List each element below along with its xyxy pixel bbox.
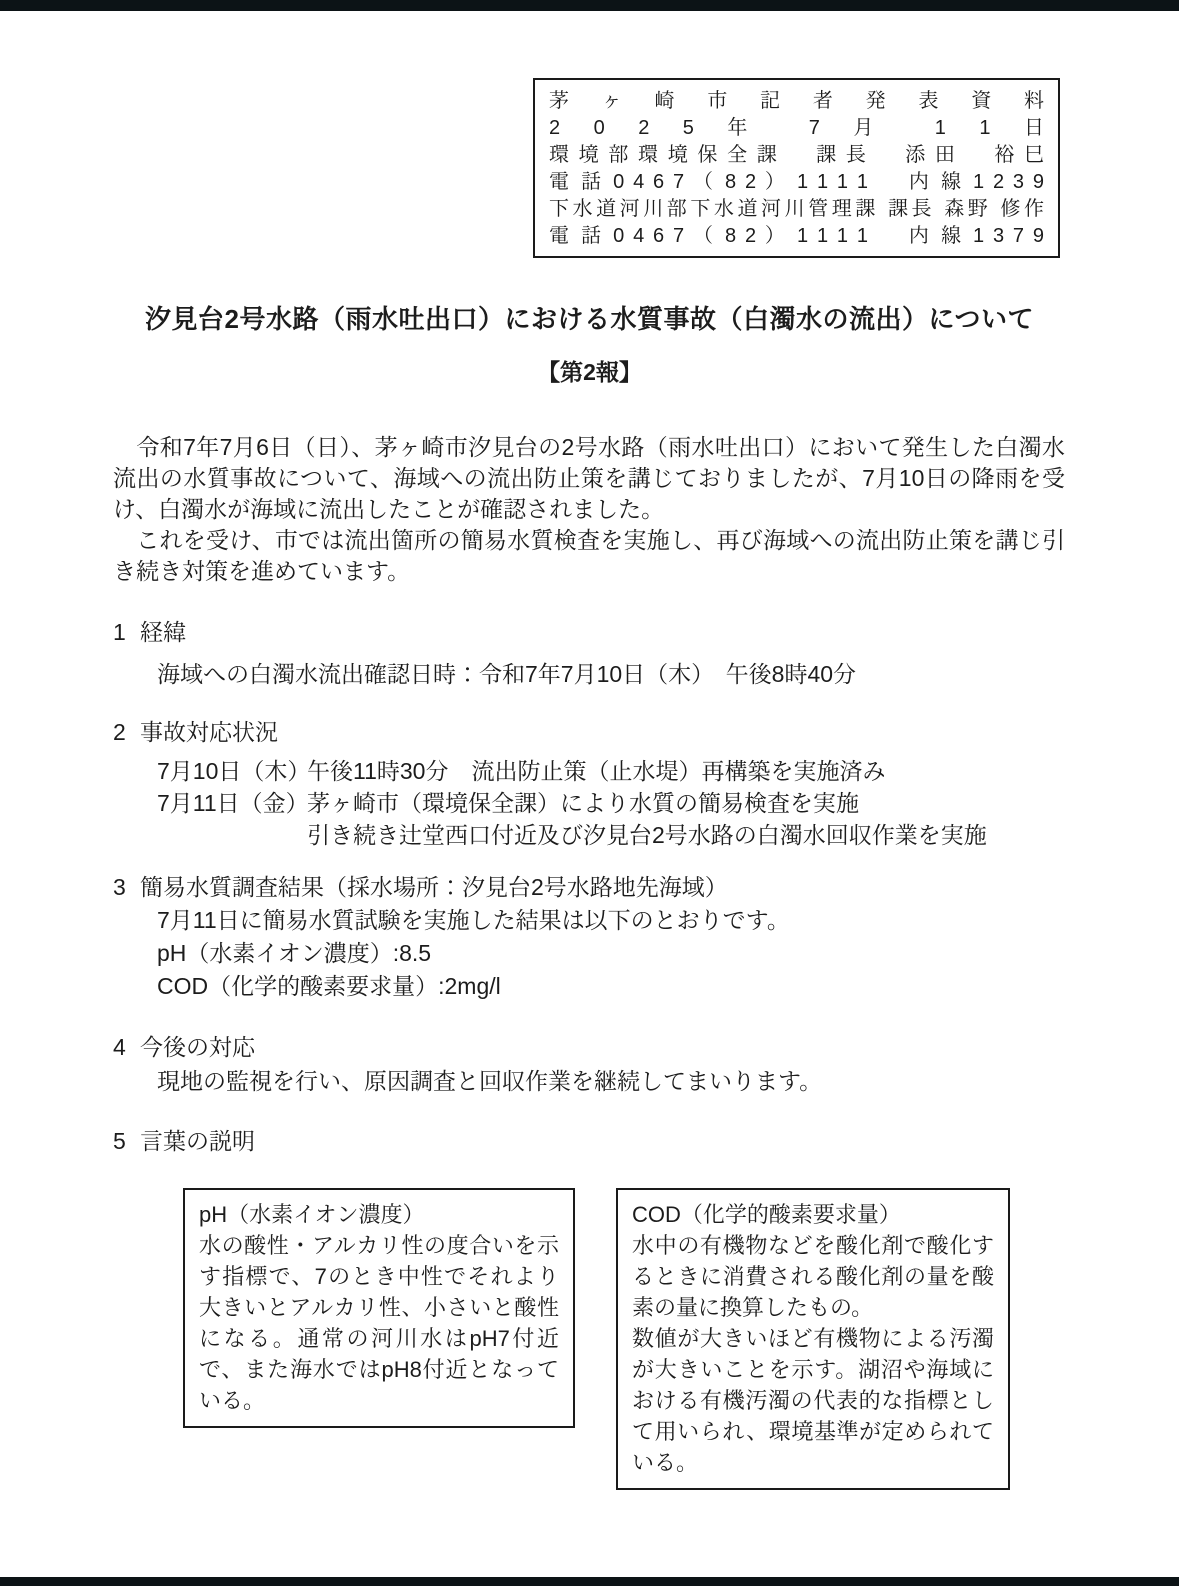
cod-definition-body-1: 水中の有機物などを酸化剤で酸化するときに消費される酸化剤の量を酸素の量に換算した…: [632, 1230, 994, 1323]
header-phone2-line: 電 話 0 4 6 7 （ 8 2 ） 1 1 1 1 内 線 1 3 7 9: [549, 223, 1044, 250]
header-date-line: 2 0 2 5 年 7 月 1 1 日: [549, 115, 1044, 142]
timeline-date: 7月11日（金）: [157, 787, 307, 819]
section-heading: 5 言葉の説明: [113, 1126, 1065, 1157]
section-keii: 1 経緯 海域への白濁水流出確認日時：令和7年7月10日（木） 午後8時40分: [113, 617, 1065, 690]
section-heading: 3 簡易水質調査結果（採水場所：汐見台2号水路地先海域）: [113, 872, 1065, 903]
section-number: 5: [113, 1126, 140, 1157]
section-title: 経緯: [140, 617, 186, 648]
ph-definition-title: pH（水素イオン濃度）: [199, 1199, 559, 1230]
cod-result-line: COD（化学的酸素要求量）:2mg/l: [157, 970, 1065, 1003]
section-title: 言葉の説明: [140, 1126, 255, 1157]
intro-paragraph-2: これを受け、市では流出箇所の簡易水質検査を実施し、再び海域への流出防止策を講じ引…: [113, 525, 1065, 587]
section-heading: 1 経緯: [113, 617, 1065, 648]
letterbox-bottom-bar: [0, 1577, 1179, 1586]
header-org-line: 茅 ヶ 崎 市 記 者 発 表 資 料: [549, 88, 1044, 115]
timeline-row: 7月10日（木） 午後11時30分 流出防止策（止水堤）再構築を実施済み: [157, 755, 1065, 787]
section-number: 3: [113, 872, 140, 903]
result-intro-line: 7月11日に簡易水質試験を実施した結果は以下のとおりです。: [157, 904, 1065, 937]
intro-paragraphs: 令和7年7月6日（日）、茅ヶ崎市汐見台の2号水路（雨水吐出口）において発生した白…: [113, 432, 1065, 587]
timeline-text: 茅ヶ崎市（環境保全課）により水質の簡易検査を実施: [307, 787, 1065, 819]
section-suishitsu-kekka: 3 簡易水質調査結果（採水場所：汐見台2号水路地先海域） 7月11日に簡易水質試…: [113, 872, 1065, 1003]
test-results: 7月11日に簡易水質試験を実施した結果は以下のとおりです。 pH（水素イオン濃度…: [113, 904, 1065, 1003]
section-kotoba-setsumei: 5 言葉の説明: [113, 1126, 1065, 1157]
cod-definition-box: COD（化学的酸素要求量） 水中の有機物などを酸化剤で酸化するときに消費される酸…: [616, 1188, 1010, 1490]
response-timeline: 7月10日（木） 午後11時30分 流出防止策（止水堤）再構築を実施済み 7月1…: [113, 755, 1065, 851]
section-number: 4: [113, 1032, 140, 1063]
section-number: 1: [113, 617, 140, 648]
document-page: 茅 ヶ 崎 市 記 者 発 表 資 料 2 0 2 5 年 7 月 1 1 日 …: [0, 0, 1179, 1586]
section-body: 現地の監視を行い、原因調査と回収作業を継続してまいります。: [113, 1066, 1065, 1097]
letterbox-top-bar: [0, 0, 1179, 11]
section-number: 2: [113, 717, 140, 748]
section-heading: 4 今後の対応: [113, 1032, 1065, 1063]
report-number: 【第2報】: [0, 357, 1179, 387]
timeline-date: 7月10日（木）: [157, 755, 307, 787]
press-release-header-box: 茅 ヶ 崎 市 記 者 発 表 資 料 2 0 2 5 年 7 月 1 1 日 …: [533, 78, 1060, 258]
intro-paragraph-1: 令和7年7月6日（日）、茅ヶ崎市汐見台の2号水路（雨水吐出口）において発生した白…: [113, 432, 1065, 525]
timeline-text: 午後11時30分 流出防止策（止水堤）再構築を実施済み: [307, 755, 1065, 787]
document-title: 汐見台2号水路（雨水吐出口）における水質事故（白濁水の流出）について: [0, 302, 1179, 336]
cod-definition-title: COD（化学的酸素要求量）: [632, 1199, 994, 1230]
ph-definition-box: pH（水素イオン濃度） 水の酸性・アルカリ性の度合いを示す指標で、7のとき中性で…: [183, 1188, 575, 1428]
timeline-text: 引き続き辻堂西口付近及び汐見台2号水路の白濁水回収作業を実施: [307, 819, 1065, 851]
section-jiko-taio: 2 事故対応状況 7月10日（木） 午後11時30分 流出防止策（止水堤）再構築…: [113, 717, 1065, 851]
header-contact2-line: 下水道河川部下水道河川管理課 課長 森野 修作: [549, 196, 1044, 223]
section-title: 今後の対応: [140, 1032, 255, 1063]
section-heading: 2 事故対応状況: [113, 717, 1065, 748]
cod-definition-body-2: 数値が大きいほど有機物による汚濁が大きいことを示す。湖沼や海域における有機汚濁の…: [632, 1323, 994, 1478]
timeline-row: 引き続き辻堂西口付近及び汐見台2号水路の白濁水回収作業を実施: [157, 819, 1065, 851]
timeline-row: 7月11日（金） 茅ヶ崎市（環境保全課）により水質の簡易検査を実施: [157, 787, 1065, 819]
timeline-date: [157, 819, 307, 851]
section-kongo-taio: 4 今後の対応 現地の監視を行い、原因調査と回収作業を継続してまいります。: [113, 1032, 1065, 1097]
section-body: 海域への白濁水流出確認日時：令和7年7月10日（木） 午後8時40分: [113, 659, 1065, 690]
header-phone1-line: 電 話 0 4 6 7 （ 8 2 ） 1 1 1 1 内 線 1 2 3 9: [549, 169, 1044, 196]
section-title: 事故対応状況: [140, 717, 278, 748]
section-title: 簡易水質調査結果（採水場所：汐見台2号水路地先海域）: [140, 872, 728, 903]
ph-result-line: pH（水素イオン濃度）:8.5: [157, 937, 1065, 970]
header-contact1-line: 環 境 部 環 境 保 全 課 課 長 添 田 裕 巳: [549, 142, 1044, 169]
ph-definition-body: 水の酸性・アルカリ性の度合いを示す指標で、7のとき中性でそれより大きいとアルカリ…: [199, 1230, 559, 1416]
